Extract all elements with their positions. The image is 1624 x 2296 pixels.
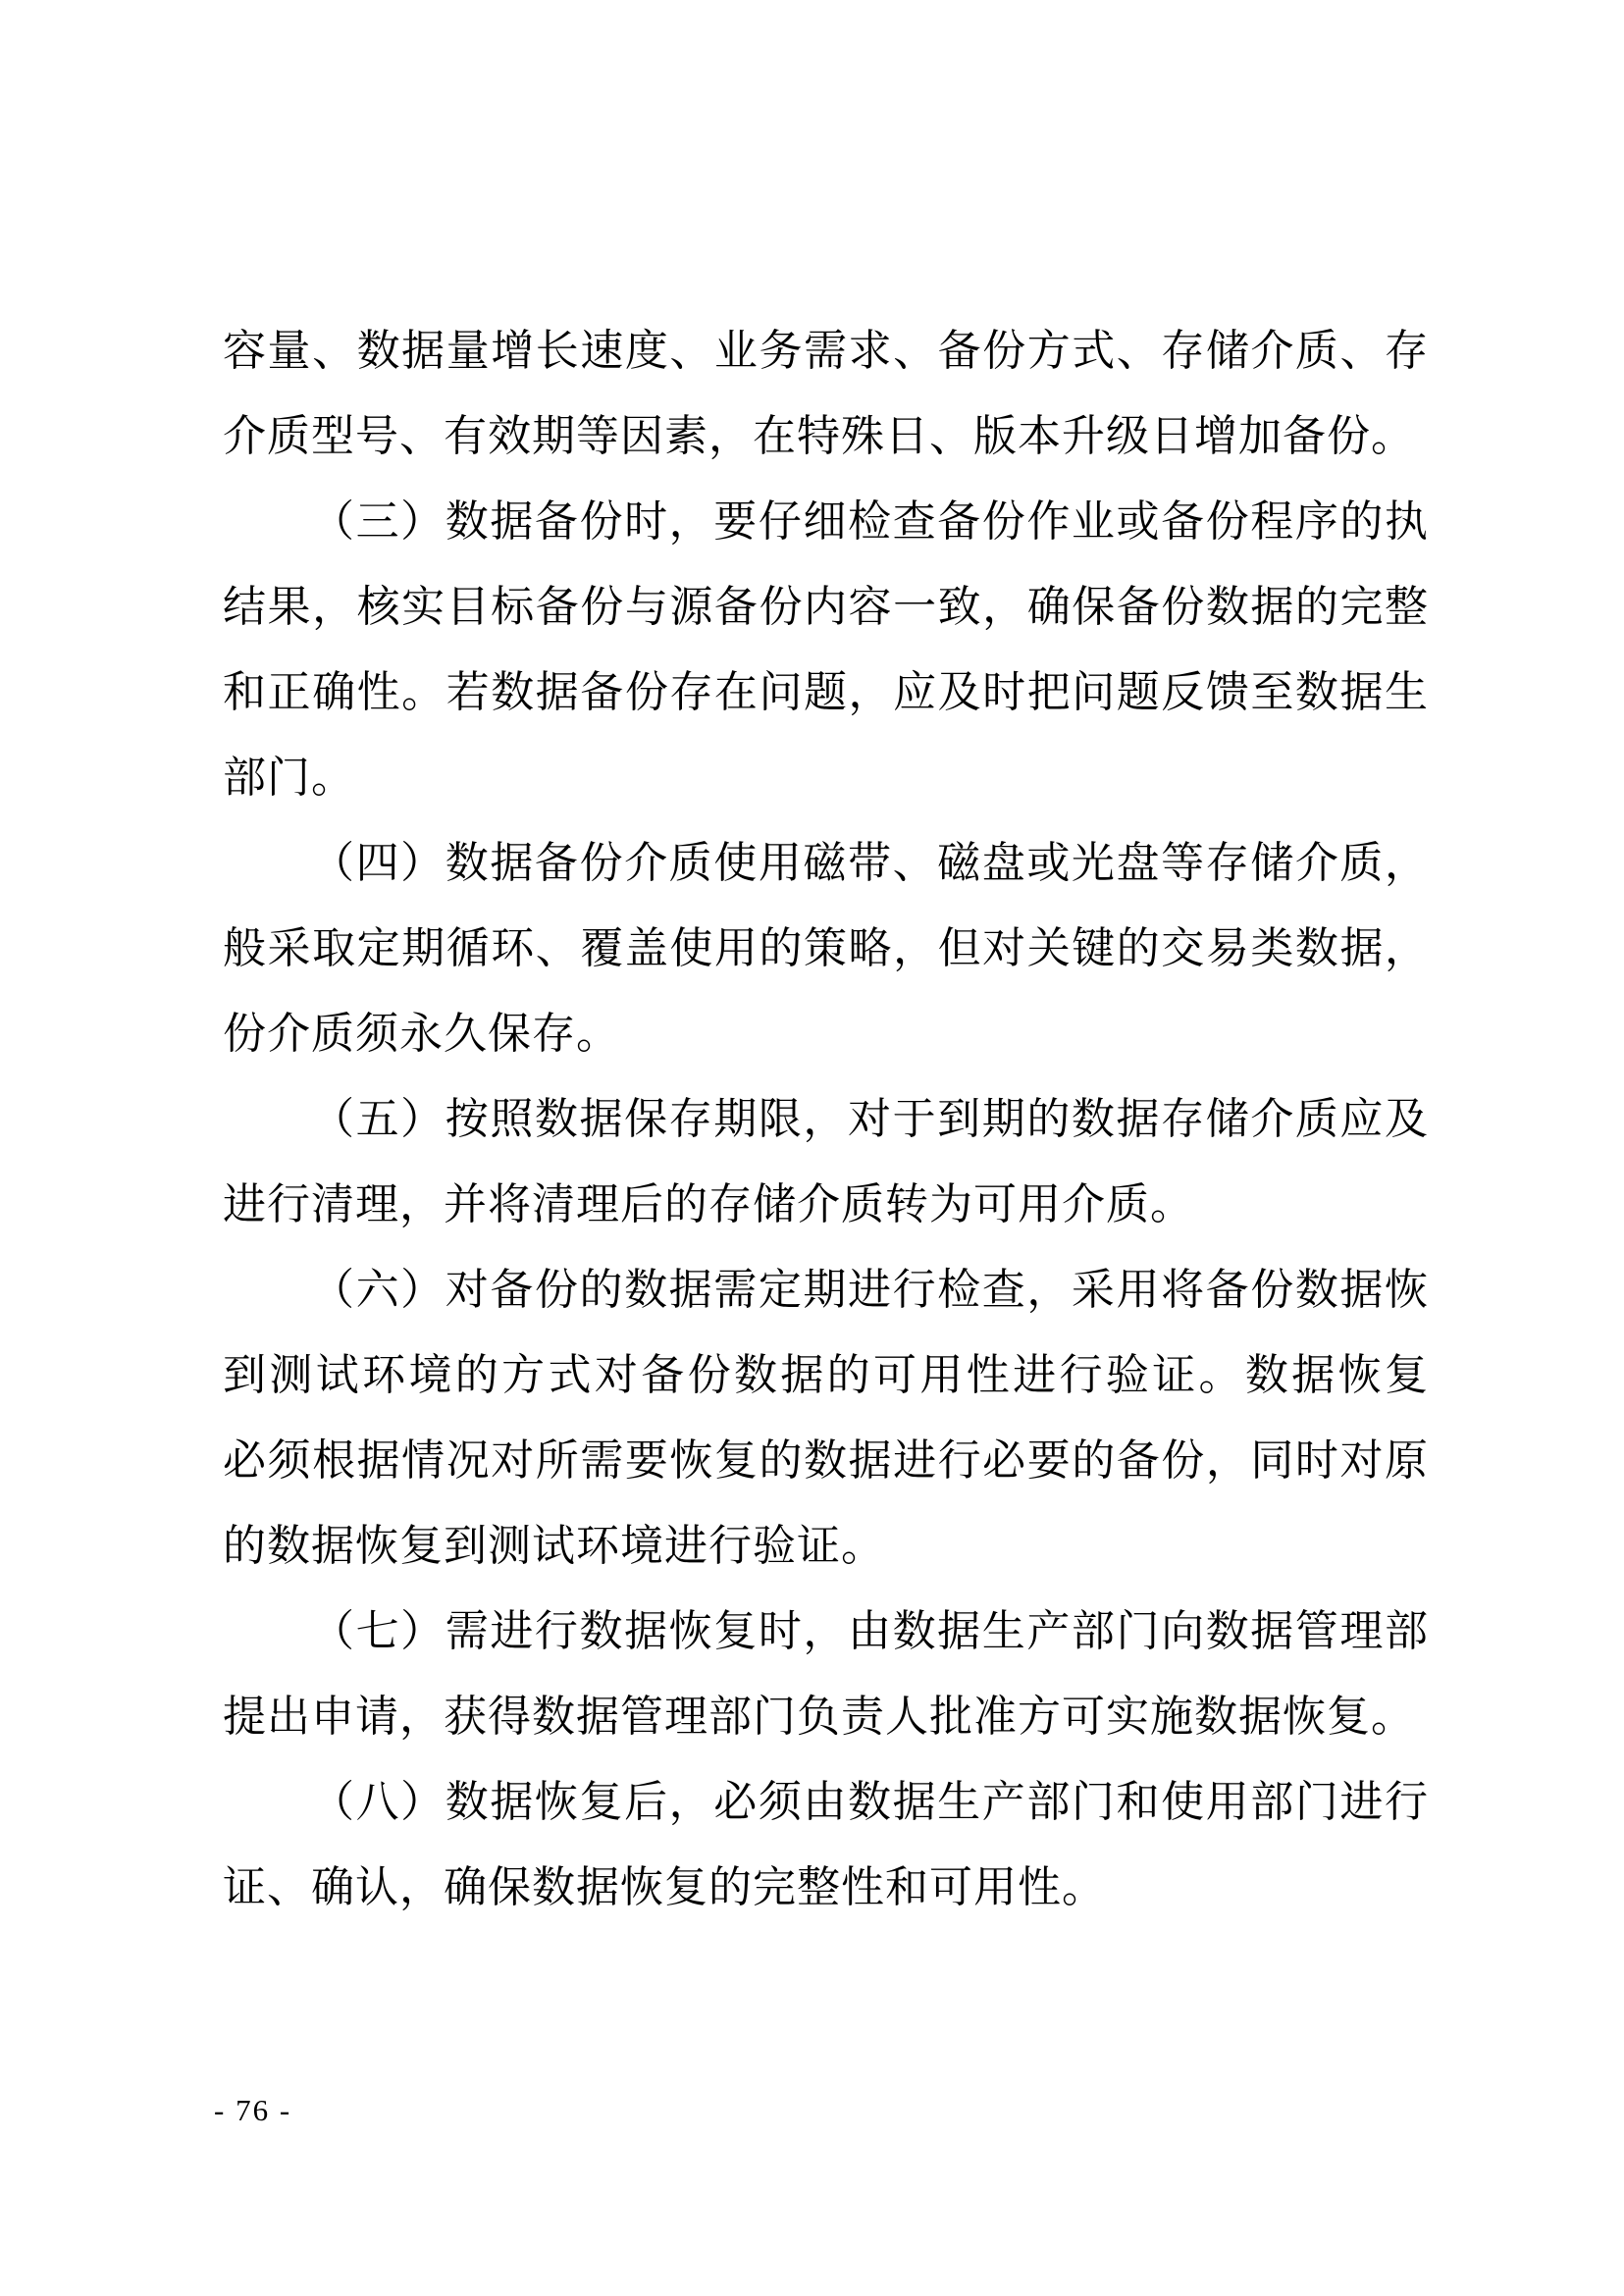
text-line: 到测试环境的方式对备份数据的可用性进行验证。数据恢复前，	[223, 1332, 1429, 1418]
para-item-5: （五）按照数据保存期限，对于到期的数据存储介质应及时进行清理，并将清理后的存储介…	[223, 1076, 1429, 1247]
document-page: 容量、数据量增长速度、业务需求、备份方式、存储介质、存储介质型号、有效期等因素，…	[0, 0, 1624, 2296]
text-line: 提出申请，获得数据管理部门负责人批准方可实施数据恢复。	[223, 1674, 1429, 1759]
text-line: （六）对备份的数据需定期进行检查，采用将备份数据恢复	[223, 1247, 1429, 1332]
para-item-6: （六）对备份的数据需定期进行检查，采用将备份数据恢复到测试环境的方式对备份数据的…	[223, 1247, 1429, 1589]
text-line: （三）数据备份时，要仔细检查备份作业或备份程序的执行	[223, 479, 1429, 564]
text-line: （七）需进行数据恢复时，由数据生产部门向数据管理部门	[223, 1589, 1429, 1674]
document-body: 容量、数据量增长速度、业务需求、备份方式、存储介质、存储介质型号、有效期等因素，…	[223, 308, 1429, 1930]
page-number: - 76 -	[214, 2093, 291, 2127]
text-line: 介质型号、有效期等因素，在特殊日、版本升级日增加备份。	[223, 393, 1429, 479]
text-line: 必须根据情况对所需要恢复的数据进行必要的备份，同时对原有	[223, 1418, 1429, 1503]
text-line: 容量、数据量增长速度、业务需求、备份方式、存储介质、存储	[223, 308, 1429, 393]
text-line: 般采取定期循环、覆盖使用的策略，但对关键的交易类数据，备	[223, 906, 1429, 991]
para-item-4: （四）数据备份介质使用磁带、磁盘或光盘等存储介质，一般采取定期循环、覆盖使用的策…	[223, 820, 1429, 1076]
text-line: （五）按照数据保存期限，对于到期的数据存储介质应及时	[223, 1076, 1429, 1162]
para-continuation: 容量、数据量增长速度、业务需求、备份方式、存储介质、存储介质型号、有效期等因素，…	[223, 308, 1429, 479]
text-line: （四）数据备份介质使用磁带、磁盘或光盘等存储介质，一	[223, 820, 1429, 906]
text-line: 和正确性。若数据备份存在问题，应及时把问题反馈至数据生产	[223, 650, 1429, 735]
text-line: 结果，核实目标备份与源备份内容一致，确保备份数据的完整性	[223, 564, 1429, 650]
text-line: 进行清理，并将清理后的存储介质转为可用介质。	[223, 1162, 1429, 1247]
para-item-8: （八）数据恢复后，必须由数据生产部门和使用部门进行验证、确认，确保数据恢复的完整…	[223, 1759, 1429, 1930]
text-line: 证、确认，确保数据恢复的完整性和可用性。	[223, 1845, 1429, 1930]
para-item-3: （三）数据备份时，要仔细检查备份作业或备份程序的执行结果，核实目标备份与源备份内…	[223, 479, 1429, 820]
page-footer: - 76 -	[214, 2088, 291, 2133]
text-line: 部门。	[223, 735, 1429, 820]
text-line: 的数据恢复到测试环境进行验证。	[223, 1503, 1429, 1589]
text-line: 份介质须永久保存。	[223, 991, 1429, 1076]
para-item-7: （七）需进行数据恢复时，由数据生产部门向数据管理部门提出申请，获得数据管理部门负…	[223, 1589, 1429, 1759]
text-line: （八）数据恢复后，必须由数据生产部门和使用部门进行验	[223, 1759, 1429, 1845]
